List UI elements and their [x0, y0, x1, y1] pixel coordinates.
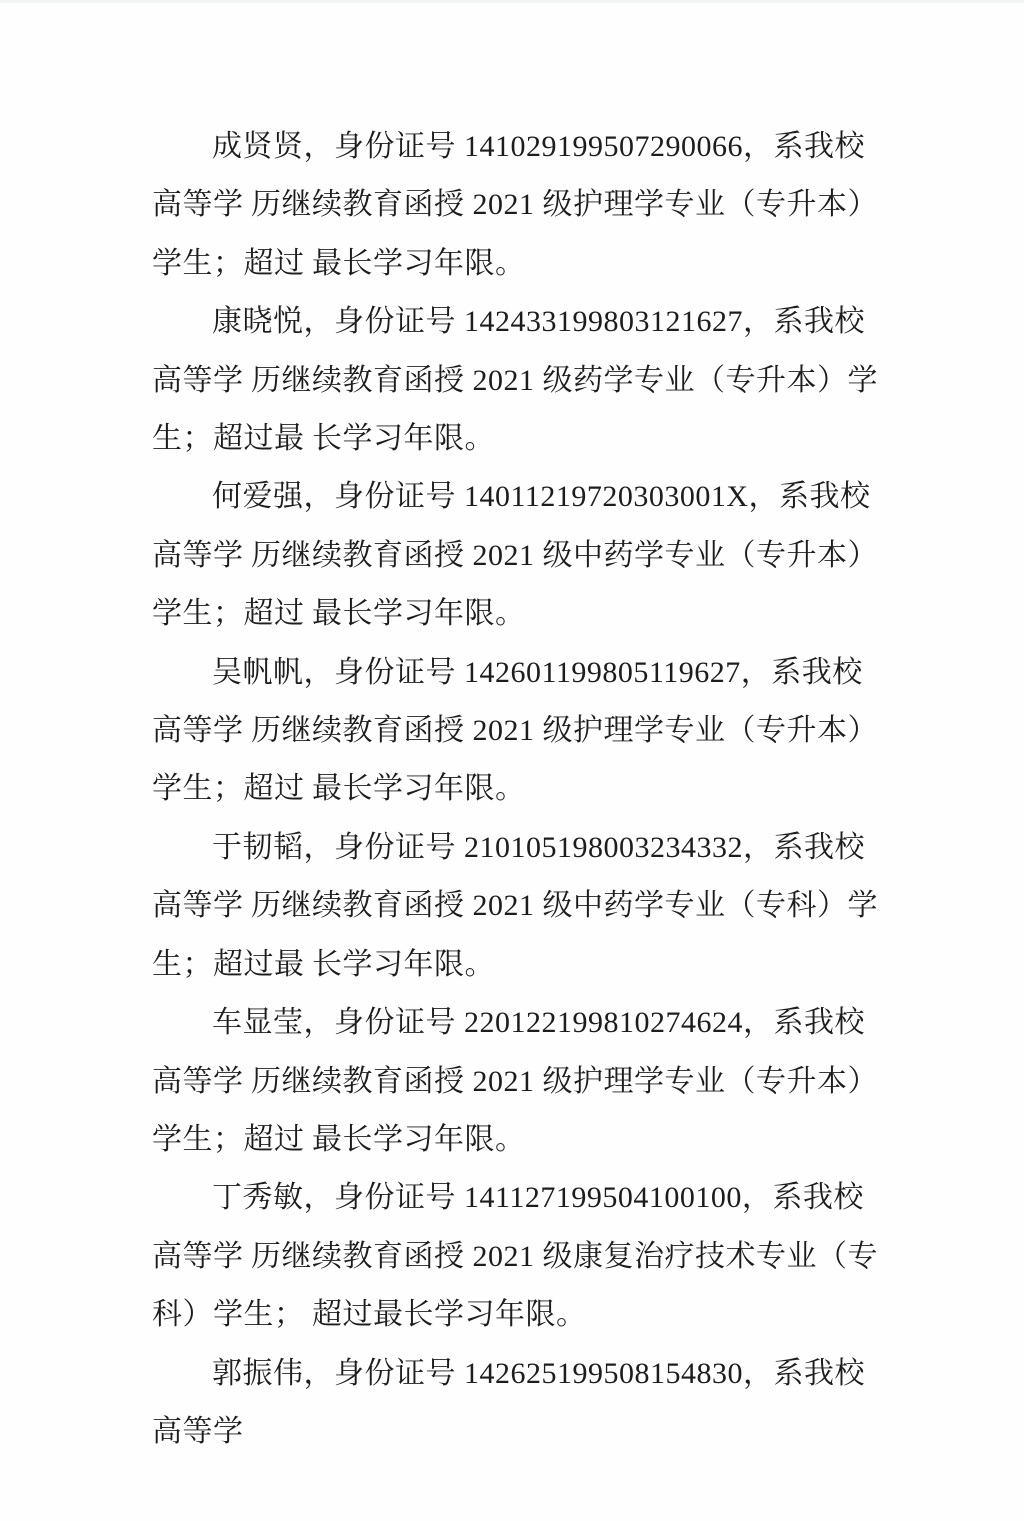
document-body: 成贤贤，身份证号 141029199507290066，系我校高等学 历继续教育… [152, 118, 892, 1461]
text-line: 郭振伟，身份证号 142625199508154830，系我校高等学 [152, 1357, 865, 1448]
student-record-paragraph: 郭振伟，身份证号 142625199508154830，系我校高等学 [152, 1345, 892, 1462]
text-line: 最长学习年限。 [312, 772, 526, 805]
text-line: 历继续教育函授 2021 级药学专业（专升本）学生；超过最 [152, 364, 878, 455]
text-line: 最长学习年限。 [312, 1123, 526, 1156]
text-line: 长学习年限。 [312, 948, 495, 981]
text-line: 长学习年限。 [312, 422, 495, 455]
student-record-paragraph: 吴帆帆，身份证号 142601199805119627，系我校高等学 历继续教育… [152, 644, 892, 819]
student-record-paragraph: 何爱强，身份证号 14011219720303001X，系我校高等学 历继续教育… [152, 468, 892, 643]
text-line: 历继续教育函授 2021 级中药学专业（专科）学生；超过最 [152, 889, 878, 980]
student-record-paragraph: 康晓悦，身份证号 142433199803121627，系我校高等学 历继续教育… [152, 293, 892, 468]
student-record-paragraph: 成贤贤，身份证号 141029199507290066，系我校高等学 历继续教育… [152, 118, 892, 293]
document-page: 成贤贤，身份证号 141029199507290066，系我校高等学 历继续教育… [0, 0, 1024, 1521]
scanned-document-page: { "colors": { "text": "#1d1d1d", "backgr… [0, 0, 1024, 1521]
text-line: 超过最长学习年限。 [312, 1298, 587, 1331]
student-record-paragraph: 于韧韬，身份证号 210105198003234332，系我校高等学 历继续教育… [152, 819, 892, 994]
text-line: 最长学习年限。 [312, 597, 526, 630]
text-line: 最长学习年限。 [312, 247, 526, 280]
student-record-paragraph: 车显莹，身份证号 220122199810274624，系我校高等学 历继续教育… [152, 994, 892, 1169]
scan-edge-shadow [0, 0, 1024, 3]
student-record-paragraph: 丁秀敏，身份证号 141127199504100100，系我校高等学 历继续教育… [152, 1169, 892, 1344]
